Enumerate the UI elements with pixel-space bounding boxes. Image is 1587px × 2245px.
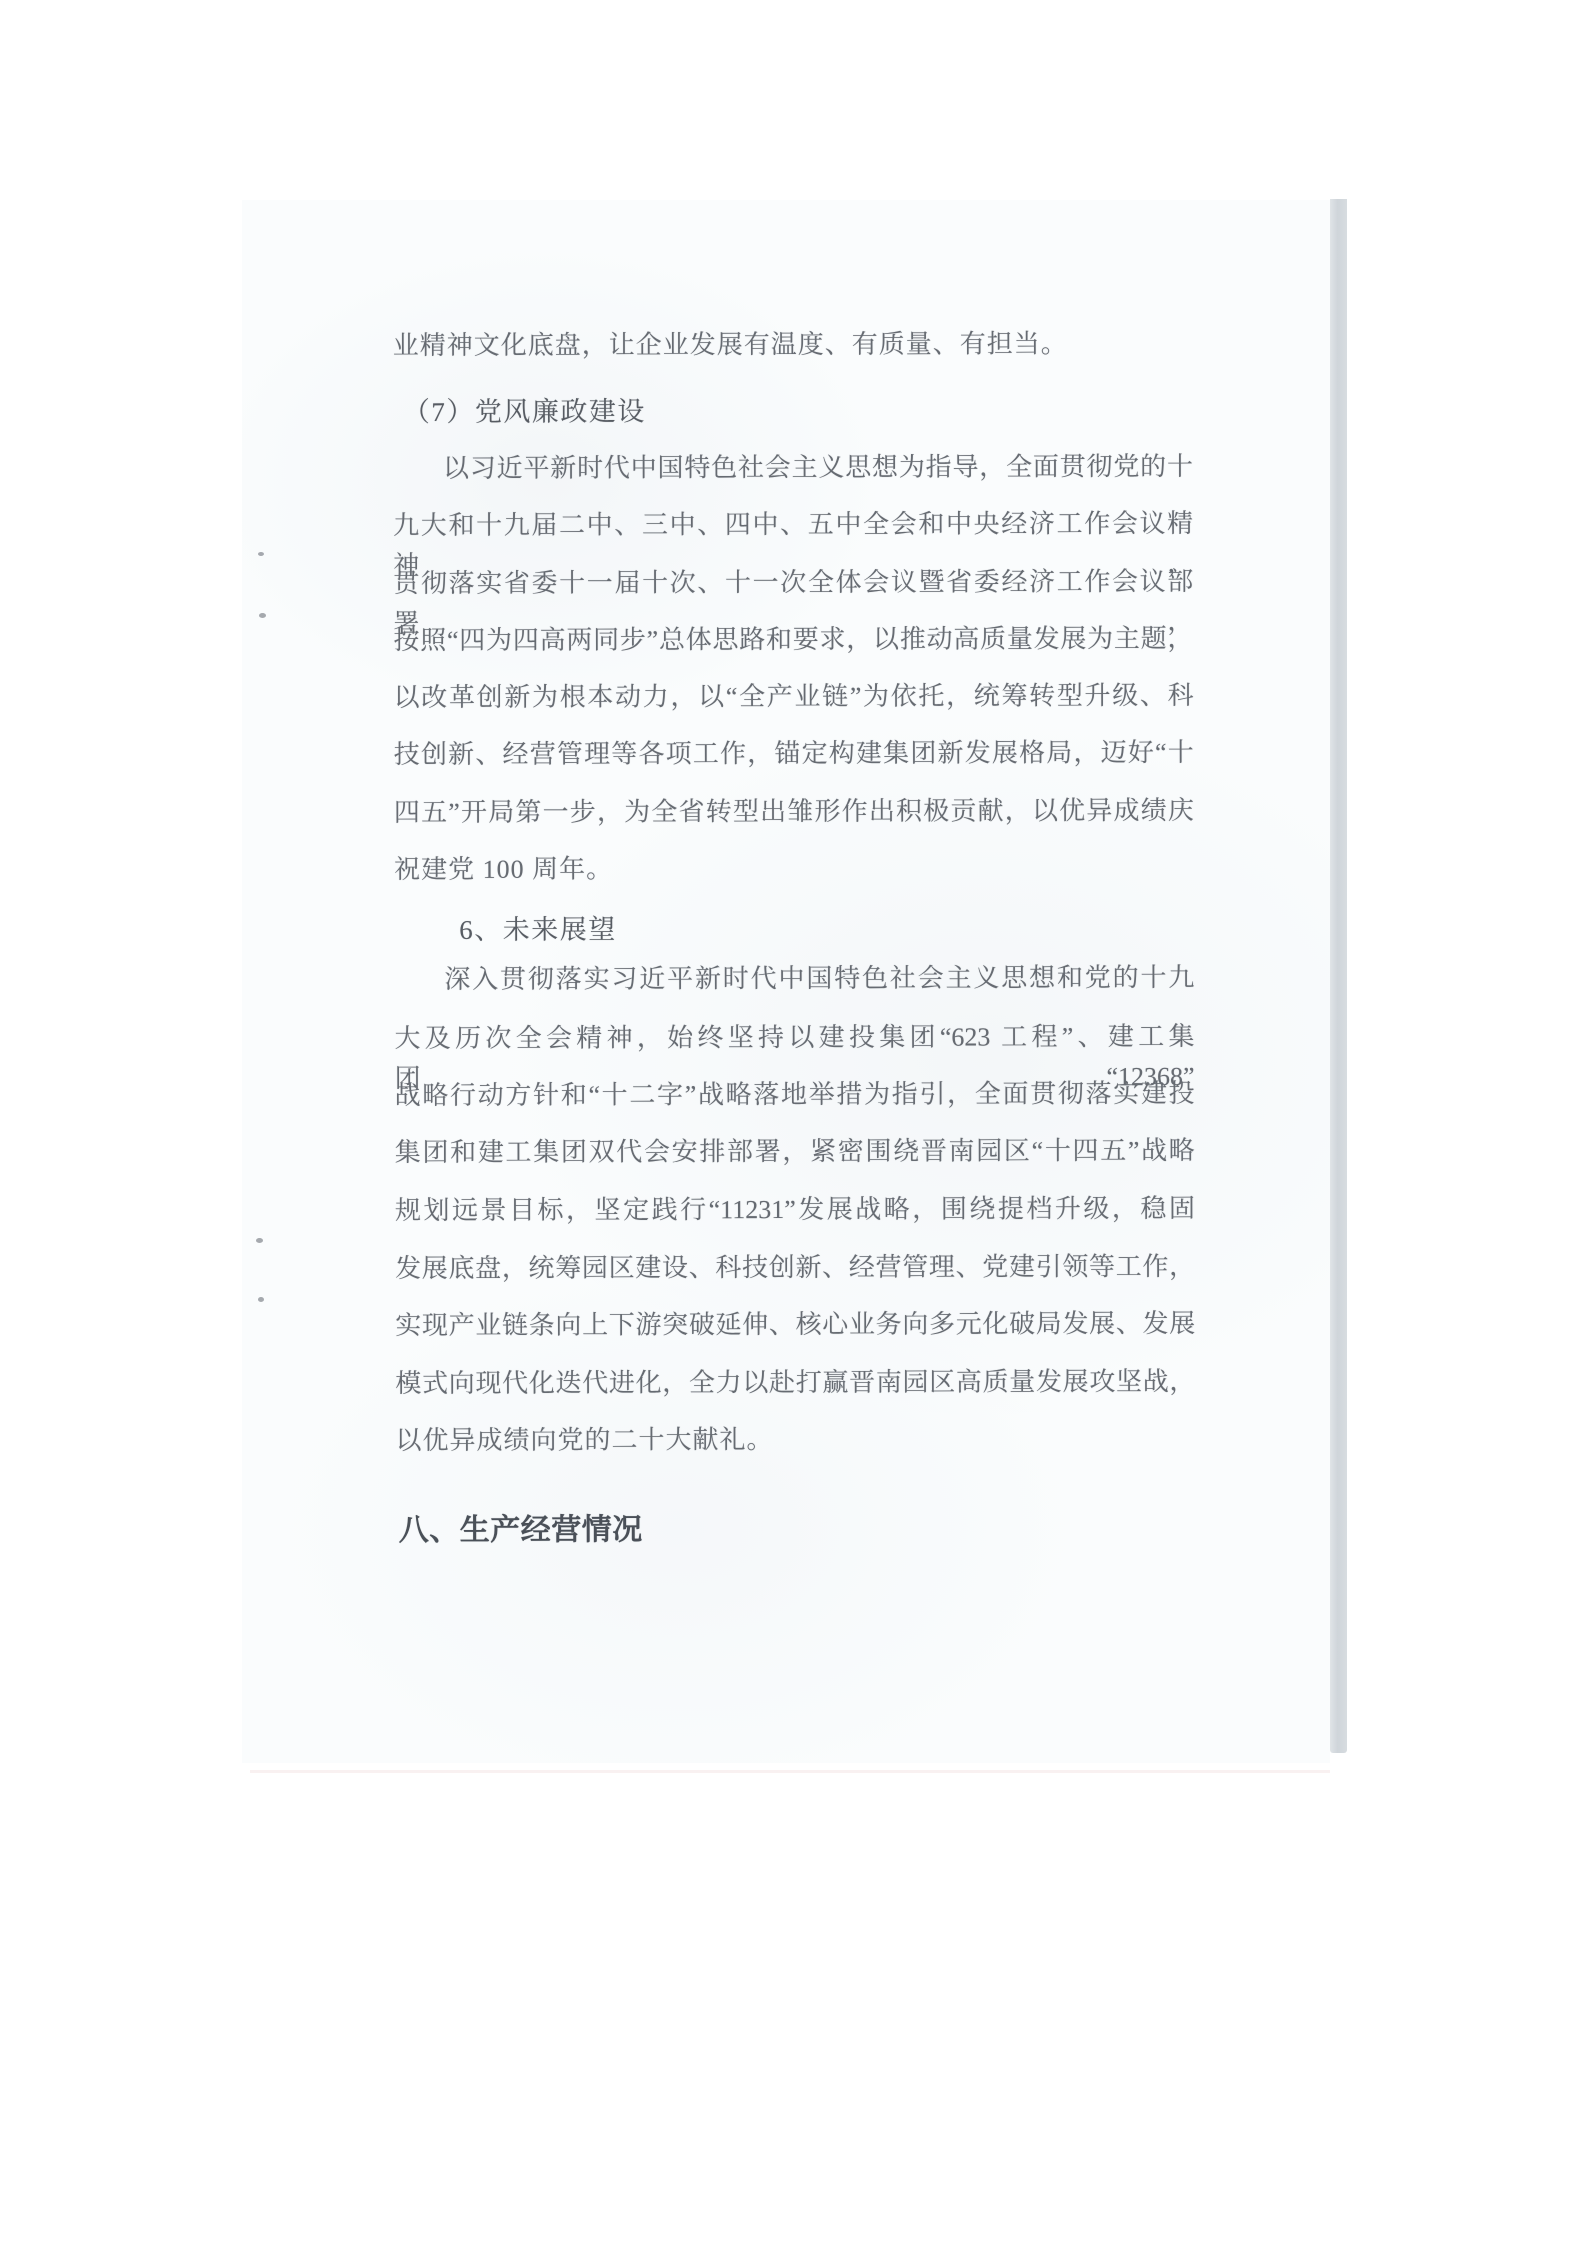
- body-line: 贯彻落实省委十一届十次、十一次全体会议暨省委经济工作会议部署，: [393, 562, 1193, 604]
- body-line: 按照“四为四高两同步”总体思路和要求，以推动高质量发展为主题，: [393, 619, 1193, 661]
- body-line: 集团和建工集团双代会安排部署，紧密围绕晋南园区“十四五”战略: [395, 1131, 1195, 1173]
- body-line: 九大和十九届二中、三中、四中、五中全会和中央经济工作会议精神，: [393, 504, 1193, 546]
- text-layer: 业精神文化底盘，让企业发展有温度、有质量、有担当。 （7）党风廉政建设 以习近平…: [0, 0, 1587, 2245]
- body-line: 战略行动方针和“十二字”战略落地举措为指引，全面贯彻落实建投: [395, 1074, 1195, 1116]
- section-heading-party-conduct: （7）党风廉政建设: [403, 391, 646, 432]
- body-line: 四五”开局第一步，为全省转型出雏形作出积极贡献，以优异成绩庆: [394, 791, 1194, 833]
- body-line: 发展底盘，统筹园区建设、科技创新、经营管理、党建引领等工作，: [395, 1247, 1195, 1289]
- chapter-heading-production-operations: 八、生产经营情况: [399, 1506, 643, 1555]
- body-line: 规划远景目标，坚定践行“11231”发展战略，围绕提档升级，稳固: [395, 1189, 1195, 1231]
- body-line: 实现产业链条向上下游突破延伸、核心业务向多元化破局发展、发展: [395, 1304, 1195, 1346]
- section-heading-future-outlook: 6、未来展望: [459, 909, 617, 949]
- body-line: 业精神文化底盘，让企业发展有温度、有质量、有担当。: [393, 324, 1068, 366]
- body-line: 以习近平新时代中国特色社会主义思想为指导，全面贯彻党的十: [443, 447, 1193, 489]
- body-line: 大及历次全会精神，始终坚持以建投集团“623 工程”、建工集团“12368”: [394, 1017, 1194, 1059]
- body-line: 祝建党 100 周年。: [394, 849, 613, 890]
- scanned-document-page: 业精神文化底盘，让企业发展有温度、有质量、有担当。 （7）党风廉政建设 以习近平…: [0, 0, 1587, 2245]
- body-line: 以优异成绩向党的二十大献礼。: [395, 1420, 773, 1461]
- body-line: 以改革创新为根本动力，以“全产业链”为依托，统筹转型升级、科: [394, 676, 1194, 718]
- body-line: 深入贯彻落实习近平新时代中国特色社会主义思想和党的十九: [444, 958, 1194, 1000]
- body-line: 技创新、经营管理等各项工作，锚定构建集团新发展格局，迈好“十: [394, 733, 1194, 775]
- body-line: 模式向现代化迭代进化，全力以赴打赢晋南园区高质量发展攻坚战，: [395, 1362, 1195, 1404]
